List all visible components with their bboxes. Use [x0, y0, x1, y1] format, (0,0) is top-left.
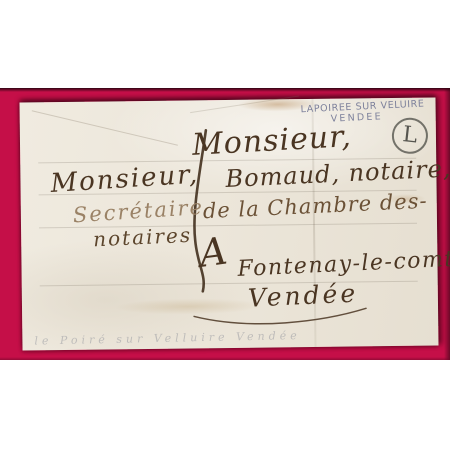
folded-letter-cover: LAPOIREE SUR VELUIRE VENDEE L Monsieur, …	[20, 97, 439, 350]
address-title-continued: notaires	[93, 223, 193, 252]
postmark-letter: L	[401, 124, 418, 147]
address-department: Vendée	[247, 279, 358, 313]
mat-top-shadow	[0, 88, 450, 92]
mat-right-shadow	[444, 88, 450, 360]
mat-bottom-shadow	[0, 357, 450, 360]
photo-of-antique-letter: LAPOIREE SUR VELUIRE VENDEE L Monsieur, …	[0, 0, 450, 450]
address-city-prefix: A	[197, 229, 230, 276]
